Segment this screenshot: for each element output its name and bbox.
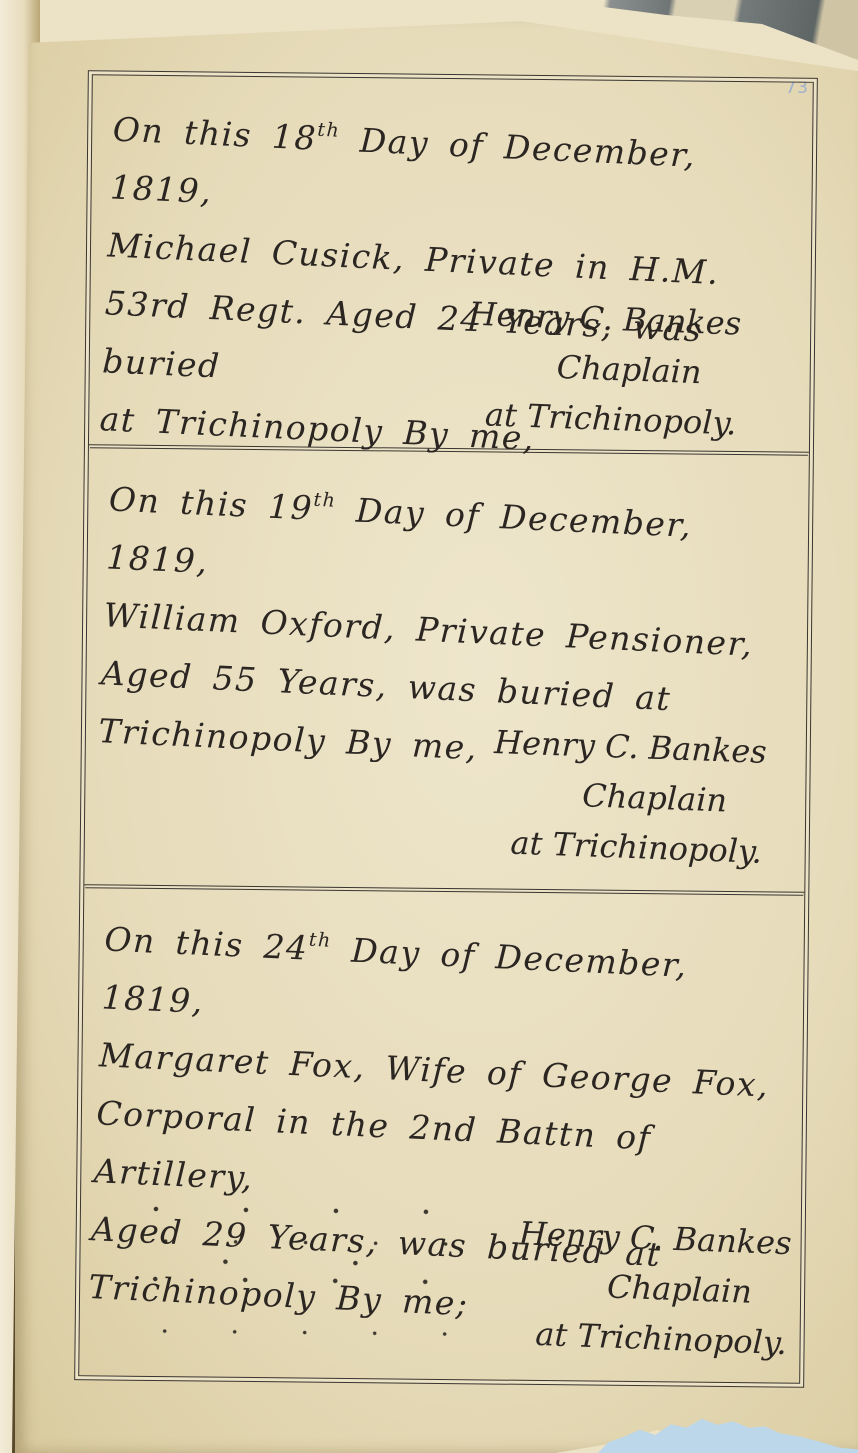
signature-place: at Trichinopoly. — [515, 1308, 789, 1368]
register-page: 73 On this 18th Day of December, 1819, M… — [12, 14, 858, 1453]
ink-spots — [100, 1165, 462, 1349]
chaplain-signature: Henry C. Bankes Chaplain at Trichinopoly… — [490, 717, 768, 877]
signature-name: Henry C. Bankes — [494, 717, 768, 777]
burial-entry: On this 24th Day of December, 1819, Marg… — [79, 885, 804, 1383]
signature-place: at Trichinopoly. — [464, 389, 738, 449]
signature-place: at Trichinopoly. — [490, 817, 764, 877]
chaplain-signature: Henry C. Bankes Chaplain at Trichinopoly… — [515, 1208, 793, 1368]
burial-entry: On this 18th Day of December, 1819, Mich… — [89, 75, 813, 453]
signature-name: Henry C. Bankes — [519, 1208, 793, 1268]
chaplain-signature: Henry C. Bankes Chaplain at Trichinopoly… — [464, 289, 742, 449]
burial-entry: On this 19th Day of December, 1819, Will… — [84, 445, 809, 893]
register-frame: On this 18th Day of December, 1819, Mich… — [78, 74, 814, 1383]
signature-name: Henry C. Bankes — [468, 289, 742, 349]
